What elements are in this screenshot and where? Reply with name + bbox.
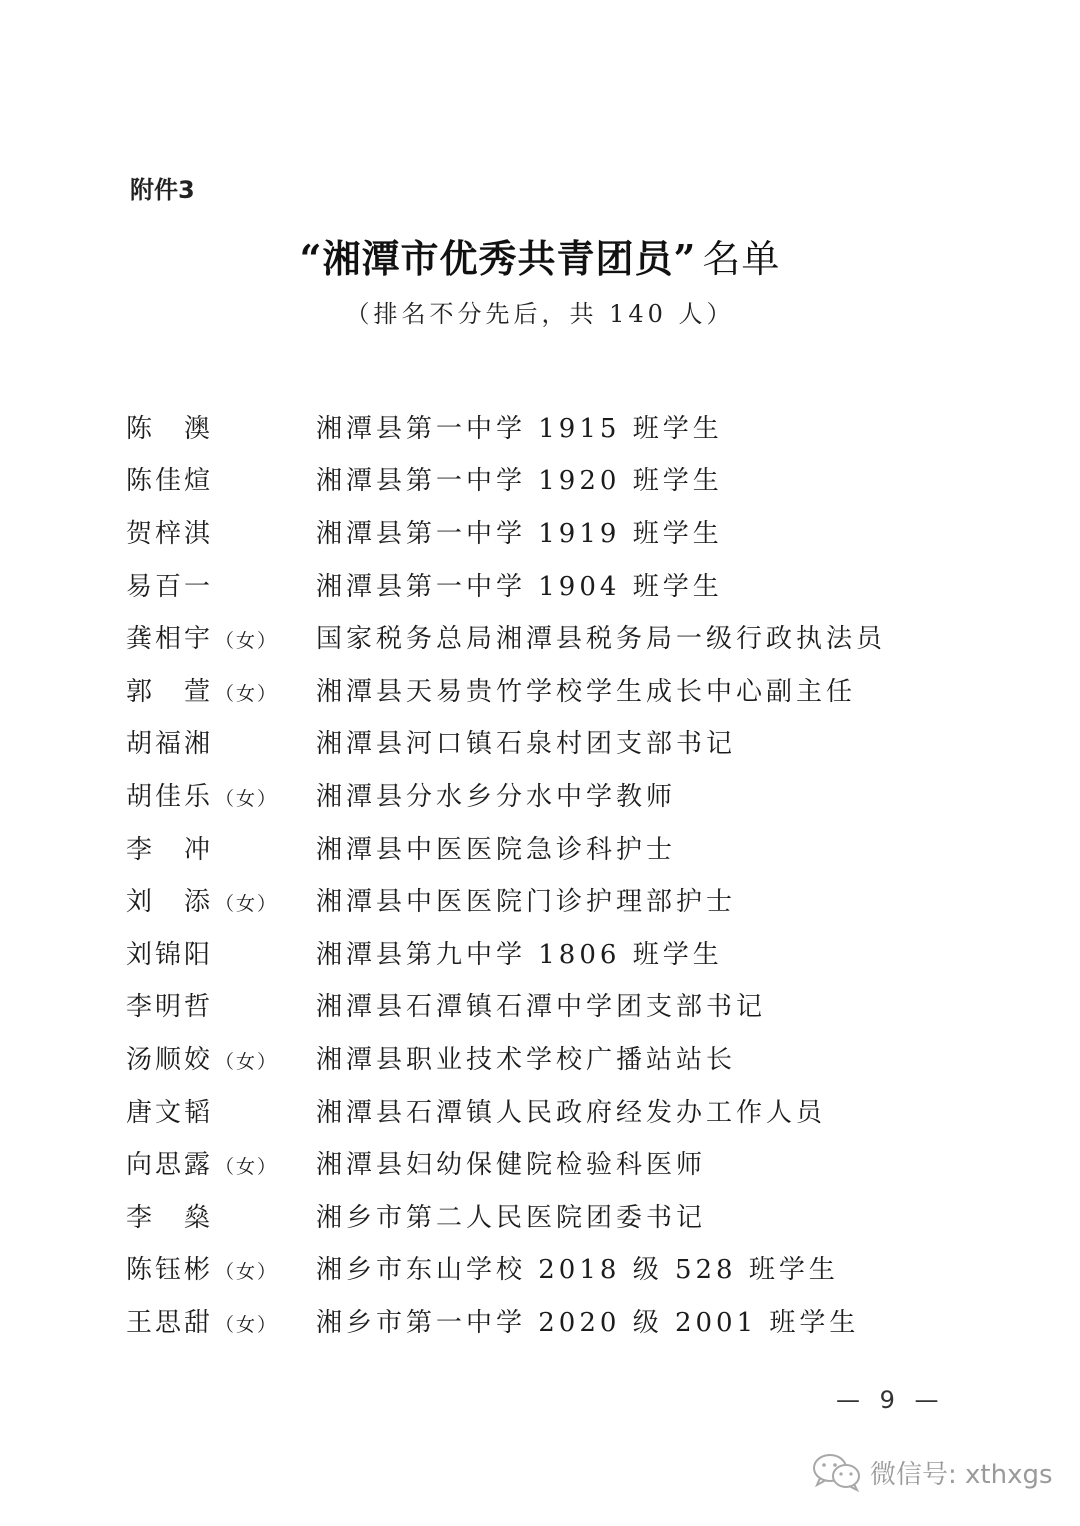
gender-marker: （女） bbox=[215, 626, 278, 653]
list-item: 李明哲 湘潭县石潭镇石潭中学团支部书记 bbox=[126, 979, 986, 1032]
person-name: 陈佳煊 bbox=[126, 460, 213, 497]
organization-position: 湘潭县石潭镇石潭中学团支部书记 bbox=[316, 986, 766, 1023]
person-name: 陈 澳 bbox=[126, 408, 213, 445]
organization-position: 湘乡市第一中学 2020 级 2001 班学生 bbox=[316, 1302, 859, 1339]
name-cell: 贺梓淇 bbox=[126, 513, 316, 550]
organization-position: 湘潭县职业技术学校广播站站长 bbox=[316, 1039, 736, 1076]
name-cell: 刘锦阳 bbox=[126, 934, 316, 971]
name-cell: 李 冲 bbox=[126, 829, 316, 866]
gender-marker: （女） bbox=[215, 679, 278, 706]
organization-position: 国家税务总局湘潭县税务局一级行政执法员 bbox=[316, 618, 886, 655]
watermark: 微信号: xthxgs bbox=[812, 1452, 1053, 1492]
person-name: 汤顺姣 bbox=[126, 1039, 213, 1076]
name-cell: 刘 添 （女） bbox=[126, 881, 316, 918]
title-suffix: 名单 bbox=[702, 237, 780, 281]
gender-marker: （女） bbox=[215, 1257, 278, 1284]
name-cell: 向思露 （女） bbox=[126, 1144, 316, 1181]
organization-position: 湘潭县第一中学 1920 班学生 bbox=[316, 460, 723, 497]
organization-position: 湘乡市东山学校 2018 级 528 班学生 bbox=[316, 1249, 839, 1286]
name-cell: 陈钰彬 （女） bbox=[126, 1249, 316, 1286]
person-name: 易百一 bbox=[126, 566, 213, 603]
roster-list: 陈 澳 湘潭县第一中学 1915 班学生 陈佳煊 湘潭县第一中学 1920 班学… bbox=[126, 400, 986, 1347]
list-item: 贺梓淇 湘潭县第一中学 1919 班学生 bbox=[126, 505, 986, 558]
name-cell: 陈佳煊 bbox=[126, 460, 316, 497]
list-item: 刘 添 （女） 湘潭县中医医院门诊护理部护士 bbox=[126, 873, 986, 926]
wechat-icon bbox=[812, 1452, 864, 1492]
name-cell: 唐文韬 bbox=[126, 1092, 316, 1129]
person-name: 向思露 bbox=[126, 1144, 213, 1181]
name-cell: 胡佳乐 （女） bbox=[126, 776, 316, 813]
name-cell: 汤顺姣 （女） bbox=[126, 1039, 316, 1076]
gender-marker: （女） bbox=[215, 1310, 278, 1337]
organization-position: 湘潭县石潭镇人民政府经发办工作人员 bbox=[316, 1092, 826, 1129]
list-item: 李 冲 湘潭县中医医院急诊科护士 bbox=[126, 821, 986, 874]
name-cell: 李明哲 bbox=[126, 986, 316, 1023]
list-item: 郭 萱 （女） 湘潭县天易贵竹学校学生成长中心副主任 bbox=[126, 663, 986, 716]
list-item: 向思露 （女） 湘潭县妇幼保健院检验科医师 bbox=[126, 1136, 986, 1189]
watermark-text: 微信号: xthxgs bbox=[870, 1454, 1053, 1491]
organization-position: 湘潭县天易贵竹学校学生成长中心副主任 bbox=[316, 671, 856, 708]
page-title: “湘潭市优秀共青团员”名单 bbox=[0, 228, 1080, 283]
person-name: 胡佳乐 bbox=[126, 776, 213, 813]
person-name: 胡福湘 bbox=[126, 723, 213, 760]
person-name: 贺梓淇 bbox=[126, 513, 213, 550]
organization-position: 湘潭县中医医院门诊护理部护士 bbox=[316, 881, 736, 918]
name-cell: 王思甜 （女） bbox=[126, 1302, 316, 1339]
person-name: 李 燊 bbox=[126, 1197, 213, 1234]
list-item: 陈佳煊 湘潭县第一中学 1920 班学生 bbox=[126, 453, 986, 506]
person-name: 刘 添 bbox=[126, 881, 213, 918]
organization-position: 湘潭县第九中学 1806 班学生 bbox=[316, 934, 723, 971]
organization-position: 湘潭县中医医院急诊科护士 bbox=[316, 829, 676, 866]
name-cell: 陈 澳 bbox=[126, 408, 316, 445]
gender-marker: （女） bbox=[215, 889, 278, 916]
list-item: 易百一 湘潭县第一中学 1904 班学生 bbox=[126, 558, 986, 611]
person-name: 郭 萱 bbox=[126, 671, 213, 708]
list-item: 胡福湘 湘潭县河口镇石泉村团支部书记 bbox=[126, 716, 986, 769]
person-name: 刘锦阳 bbox=[126, 934, 213, 971]
page-number: — 9 — bbox=[836, 1386, 945, 1414]
organization-position: 湘潭县妇幼保健院检验科医师 bbox=[316, 1144, 706, 1181]
gender-marker: （女） bbox=[215, 1047, 278, 1074]
gender-marker: （女） bbox=[215, 784, 278, 811]
list-item: 李 燊 湘乡市第二人民医院团委书记 bbox=[126, 1189, 986, 1242]
organization-position: 湘潭县第一中学 1915 班学生 bbox=[316, 408, 723, 445]
list-item: 汤顺姣 （女） 湘潭县职业技术学校广播站站长 bbox=[126, 1031, 986, 1084]
title-quoted: “湘潭市优秀共青团员” bbox=[300, 236, 697, 281]
organization-position: 湘乡市第二人民医院团委书记 bbox=[316, 1197, 706, 1234]
attachment-label: 附件3 bbox=[130, 170, 195, 205]
person-name: 陈钰彬 bbox=[126, 1249, 213, 1286]
list-item: 陈钰彬 （女） 湘乡市东山学校 2018 级 528 班学生 bbox=[126, 1242, 986, 1295]
person-name: 龚相宇 bbox=[126, 618, 213, 655]
organization-position: 湘潭县第一中学 1904 班学生 bbox=[316, 566, 723, 603]
person-name: 李 冲 bbox=[126, 829, 213, 866]
name-cell: 胡福湘 bbox=[126, 723, 316, 760]
list-item: 王思甜 （女） 湘乡市第一中学 2020 级 2001 班学生 bbox=[126, 1294, 986, 1347]
organization-position: 湘潭县分水乡分水中学教师 bbox=[316, 776, 676, 813]
subtitle: （排名不分先后，共 140 人） bbox=[0, 294, 1080, 329]
organization-position: 湘潭县河口镇石泉村团支部书记 bbox=[316, 723, 736, 760]
list-item: 胡佳乐 （女） 湘潭县分水乡分水中学教师 bbox=[126, 768, 986, 821]
person-name: 王思甜 bbox=[126, 1302, 213, 1339]
name-cell: 郭 萱 （女） bbox=[126, 671, 316, 708]
gender-marker: （女） bbox=[215, 1152, 278, 1179]
list-item: 龚相宇 （女） 国家税务总局湘潭县税务局一级行政执法员 bbox=[126, 610, 986, 663]
name-cell: 李 燊 bbox=[126, 1197, 316, 1234]
name-cell: 易百一 bbox=[126, 566, 316, 603]
list-item: 唐文韬 湘潭县石潭镇人民政府经发办工作人员 bbox=[126, 1084, 986, 1137]
person-name: 唐文韬 bbox=[126, 1092, 213, 1129]
person-name: 李明哲 bbox=[126, 986, 213, 1023]
organization-position: 湘潭县第一中学 1919 班学生 bbox=[316, 513, 723, 550]
list-item: 刘锦阳 湘潭县第九中学 1806 班学生 bbox=[126, 926, 986, 979]
list-item: 陈 澳 湘潭县第一中学 1915 班学生 bbox=[126, 400, 986, 453]
name-cell: 龚相宇 （女） bbox=[126, 618, 316, 655]
